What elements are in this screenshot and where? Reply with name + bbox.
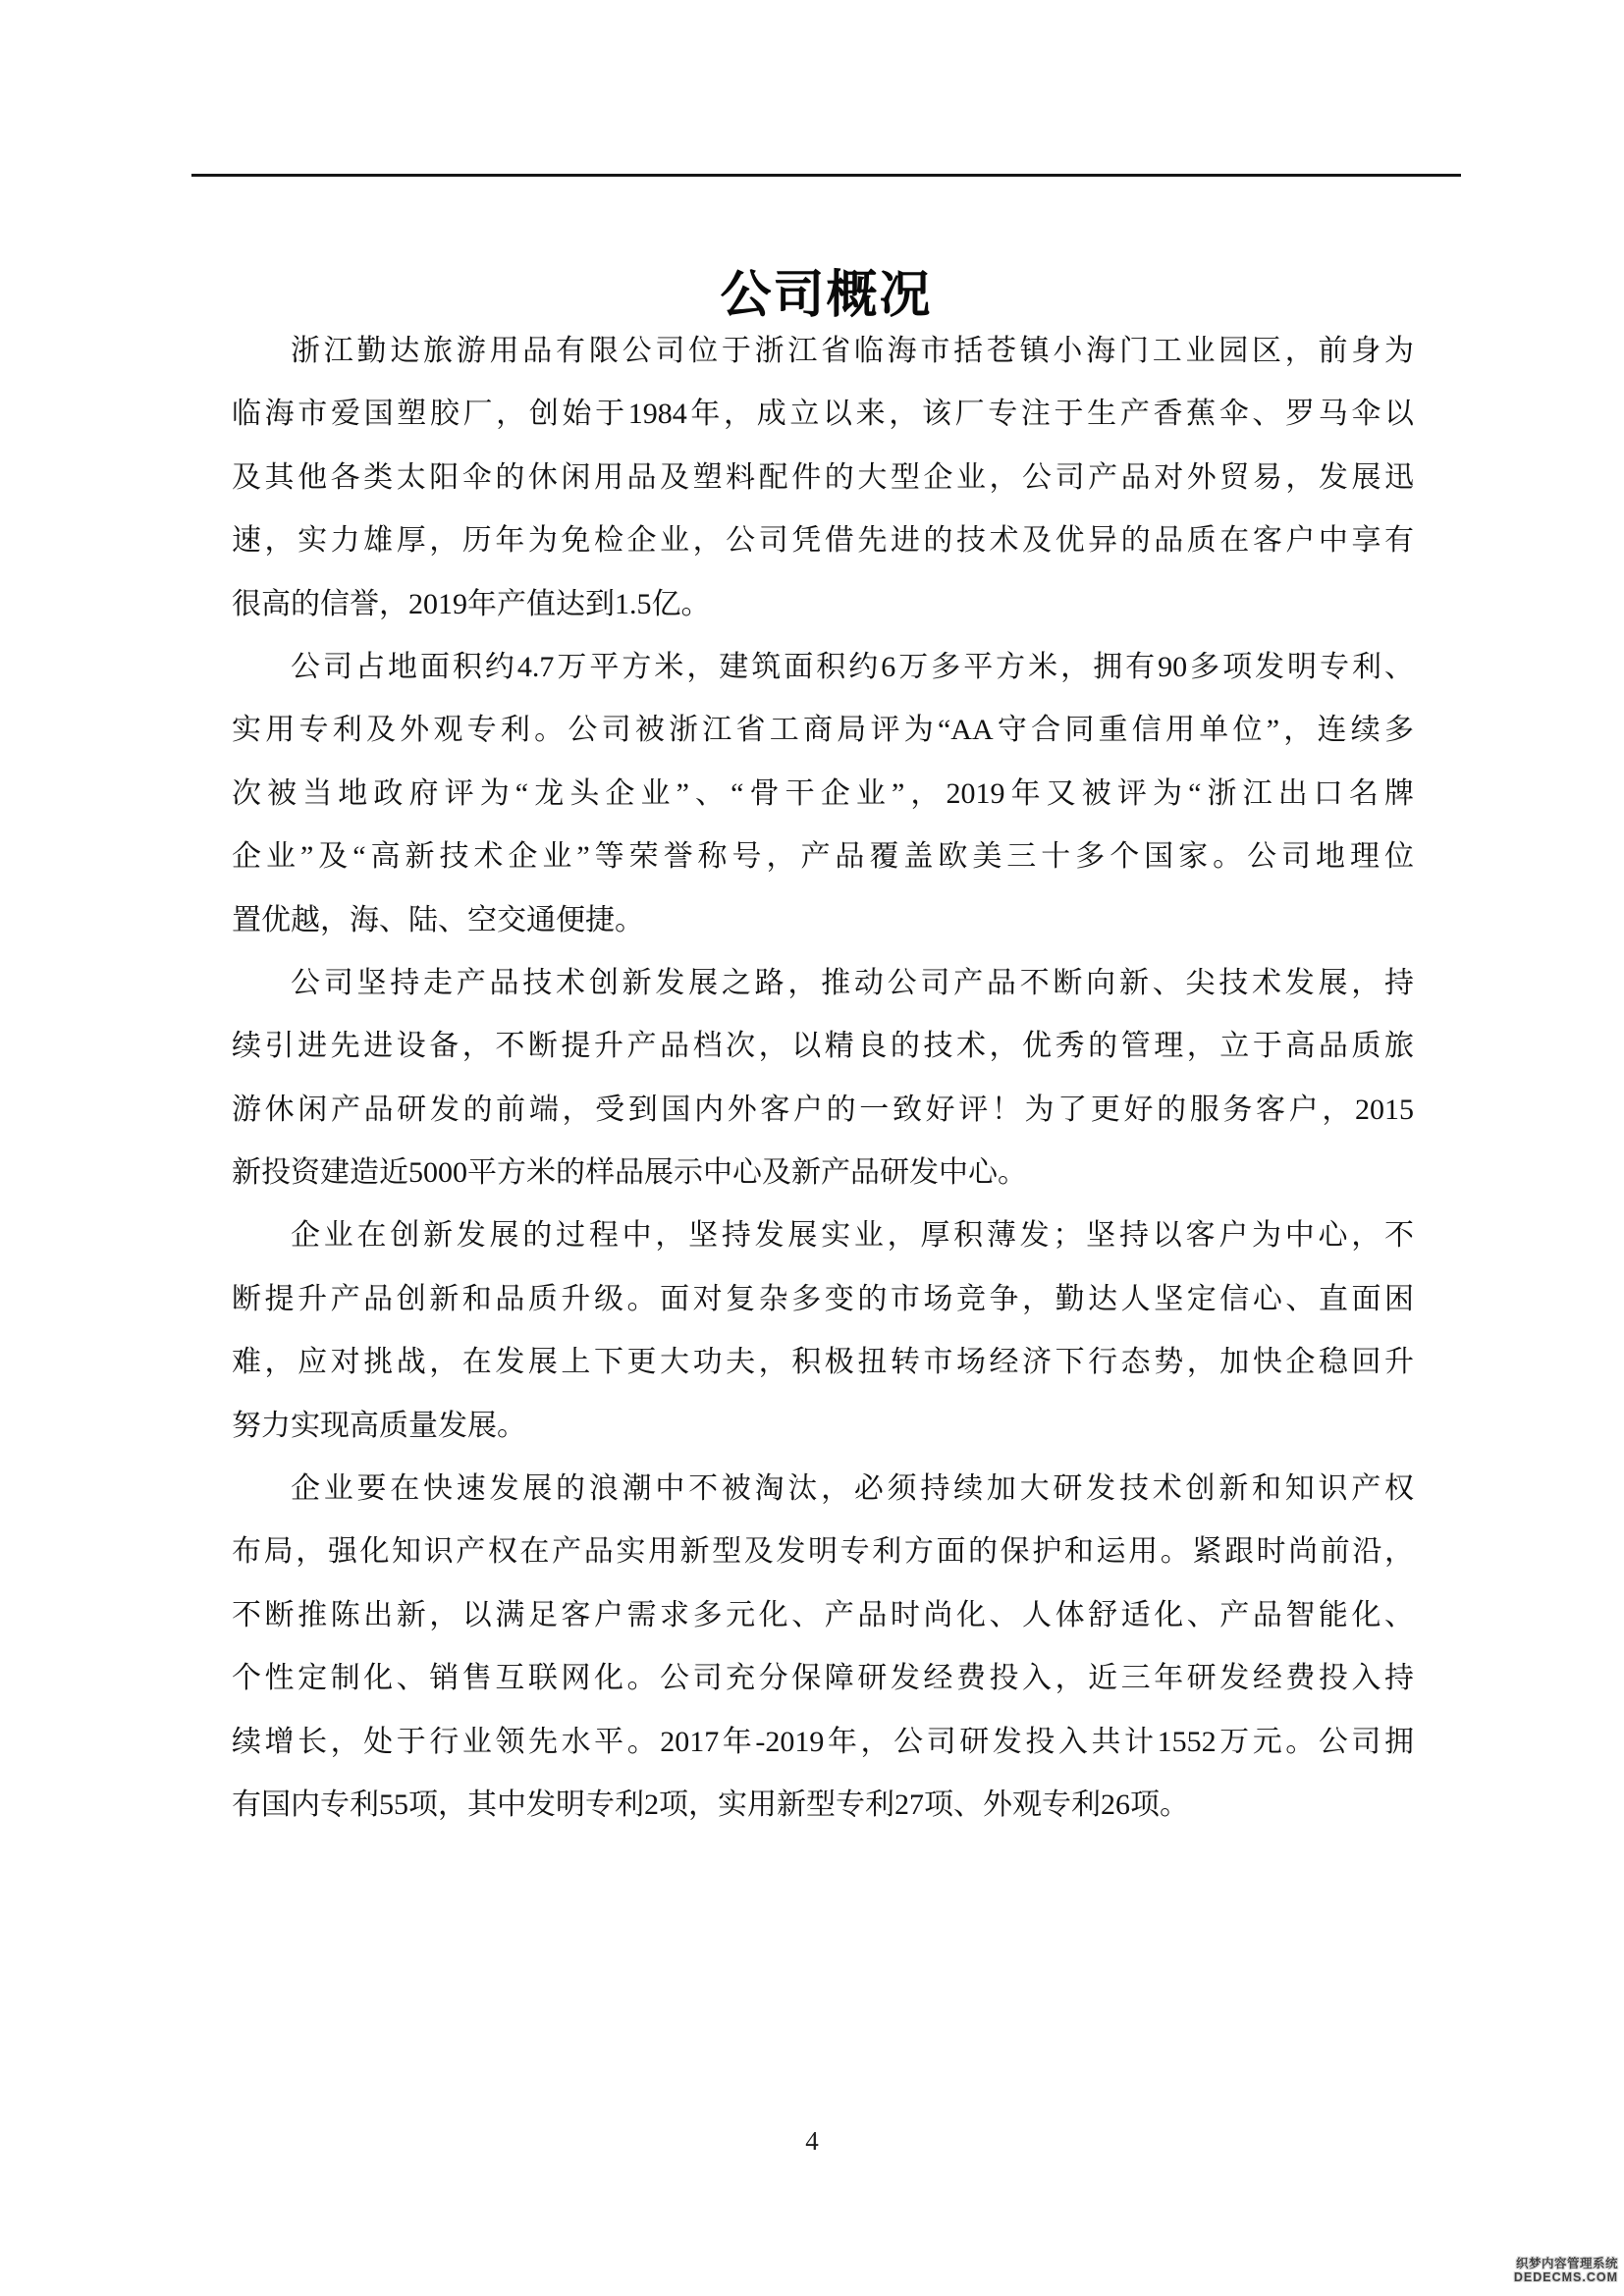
text-line: 次被当地政府评为“龙头企业”、“骨干企业”，2019年又被评为“浙江出口名牌 [232,763,1414,826]
text-line: 速，实力雄厚，历年为免检企业，公司凭借先进的技术及优异的品质在客户中享有 [232,509,1414,572]
text-line: 企业”及“高新技术企业”等荣誉称号，产品覆盖欧美三十多个国家。公司地理位 [232,826,1414,888]
text-line: 新投资建造近5000平方米的样品展示中心及新产品研发中心。 [232,1142,1414,1204]
header-rule [191,174,1461,177]
text-line: 布局，强化知识产权在产品实用新型及发明专利方面的保护和运用。紧跟时尚前沿， [232,1521,1414,1583]
cms-watermark: 织梦内容管理系统 DEDECMS.COM [1510,2257,1618,2285]
text-line: 游休闲产品研发的前端，受到国内外客户的一致好评！为了更好的服务客户，2015 [232,1079,1414,1142]
watermark-dedecms-text: DEDECMS.COM [1510,2270,1618,2284]
text-line: 续引进先进设备，不断提升产品档次，以精良的技术，优秀的管理，立于高品质旅 [232,1015,1414,1078]
text-line: 及其他各类太阳伞的休闲用品及塑料配件的大型企业，公司产品对外贸易，发展迅 [232,447,1414,509]
text-line: 不断推陈出新，以满足客户需求多元化、产品时尚化、人体舒适化、产品智能化、 [232,1584,1414,1647]
text-line: 很高的信誉，2019年产值达到1.5亿。 [232,573,1414,636]
text-line: 浙江勤达旅游用品有限公司位于浙江省临海市括苍镇小海门工业园区，前身为 [232,320,1414,383]
text-line: 公司坚持走产品技术创新发展之路，推动公司产品不断向新、尖技术发展，持 [232,952,1414,1015]
text-line: 个性定制化、销售互联网化。公司充分保障研发经费投入，近三年研发经费投入持 [232,1647,1414,1710]
page-title: 公司概况 [191,253,1461,327]
text-line: 难，应对挑战，在发展上下更大功夫，积极扭转市场经济下行态势，加快企稳回升 [232,1331,1414,1394]
text-line: 续增长，处于行业领先水平。2017年-2019年，公司研发投入共计1552万元。… [232,1711,1414,1774]
text-line: 努力实现高质量发展。 [232,1395,1414,1458]
text-line: 公司占地面积约4.7万平方米，建筑面积约6万多平方米，拥有90多项发明专利、 [232,636,1414,699]
text-line: 有国内专利55项，其中发明专利2项，实用新型专利27项、外观专利26项。 [232,1774,1414,1837]
text-line: 企业要在快速发展的浪潮中不被淘汰，必须持续加大研发技术创新和知识产权 [232,1458,1414,1521]
text-line: 实用专利及外观专利。公司被浙江省工商局评为“AA守合同重信用单位”，连续多 [232,699,1414,762]
text-line: 断提升产品创新和品质升级。面对复杂多变的市场竞争，勤达人坚定信心、直面困 [232,1268,1414,1331]
watermark-chinese-text: 织梦内容管理系统 [1510,2257,1618,2270]
document-page: 公司概况 浙江勤达旅游用品有限公司位于浙江省临海市括苍镇小海门工业园区，前身为临… [0,0,1624,2296]
text-line: 企业在创新发展的过程中，坚持发展实业，厚积薄发；坚持以客户为中心，不 [232,1204,1414,1267]
page-number: 4 [0,2126,1624,2157]
text-line: 置优越，海、陆、空交通便捷。 [232,889,1414,952]
document-body: 浙江勤达旅游用品有限公司位于浙江省临海市括苍镇小海门工业园区，前身为临海市爱国塑… [232,320,1414,1837]
text-line: 临海市爱国塑胶厂，创始于1984年，成立以来，该厂专注于生产香蕉伞、罗马伞以 [232,383,1414,446]
